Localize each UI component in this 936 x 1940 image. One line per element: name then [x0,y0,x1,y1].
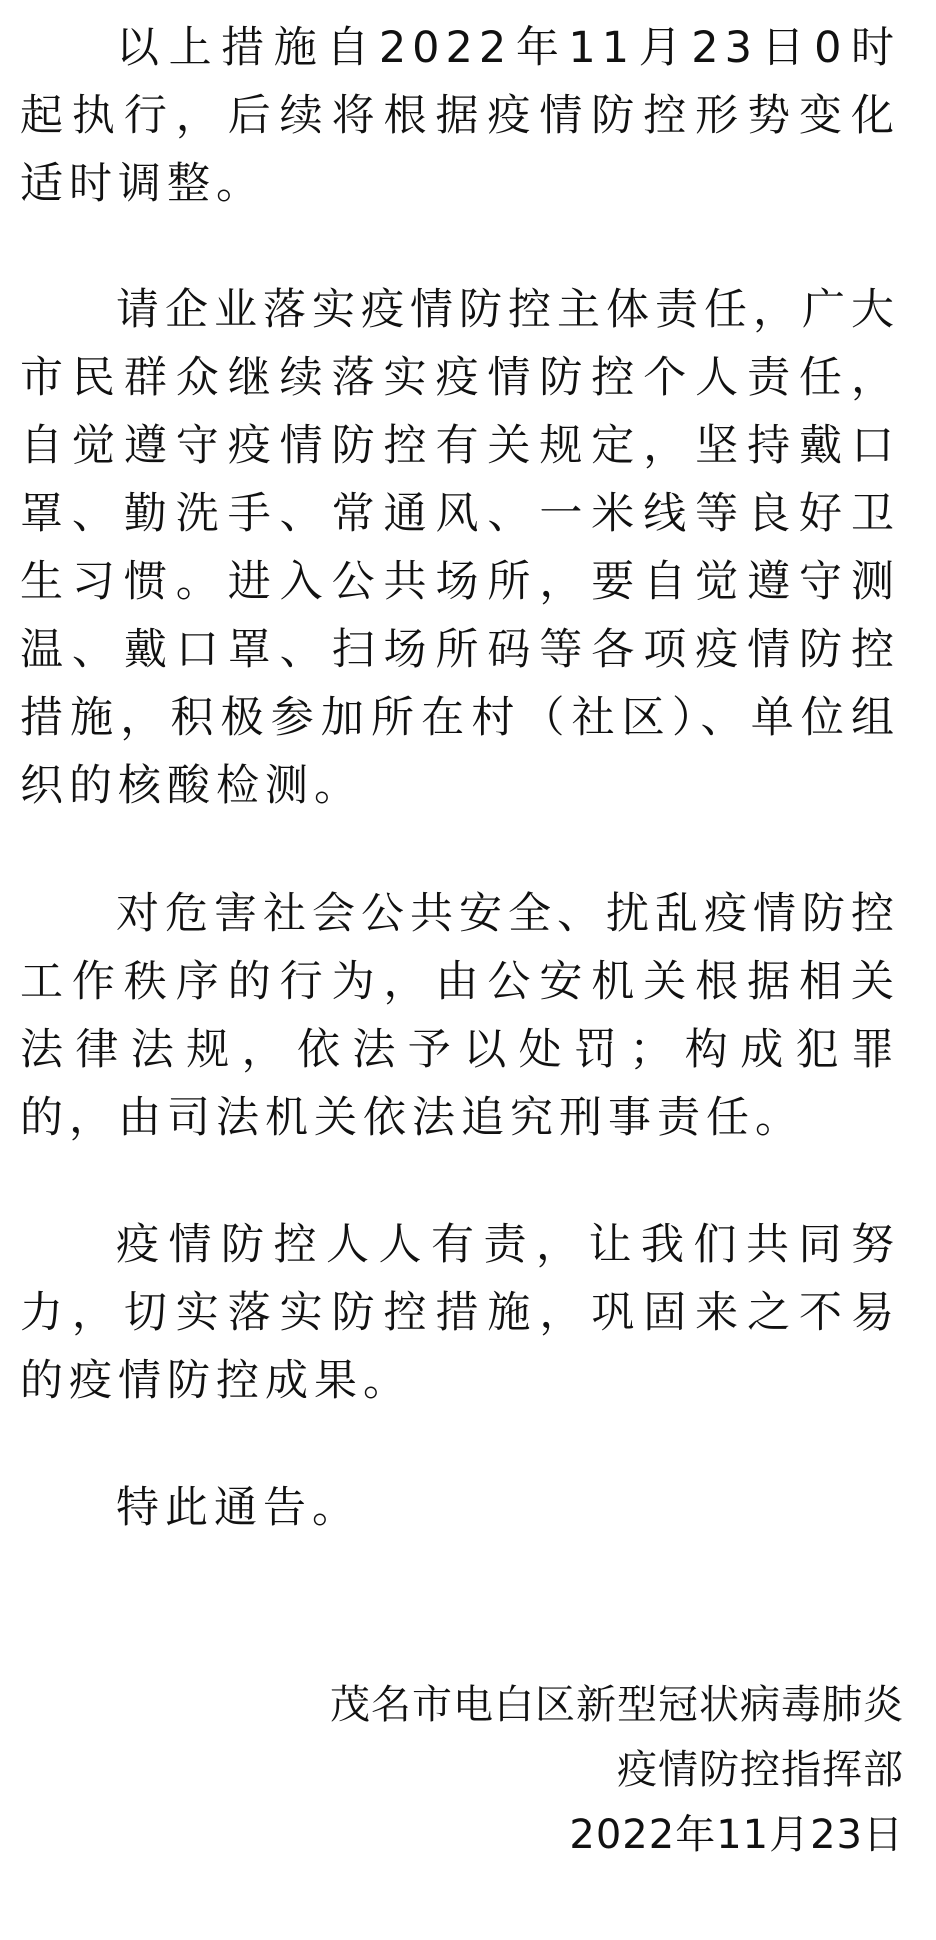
signature-organization-line2: 疫情防控指挥部 [617,1738,904,1802]
paragraph-closing: 特此通告。 [20,1474,900,1542]
signature-date: 2022年11月23日 [569,1803,904,1867]
signature-organization-line1: 茂名市电白区新型冠状病毒肺炎 [330,1673,904,1737]
paragraph-appeal: 疫情防控人人有责，让我们共同努力，切实落实防控措施，巩固来之不易的疫情防控成果。 [20,1211,900,1415]
paragraph-penalties: 对危害社会公共安全、扰乱疫情防控工作秩序的行为，由公安机关根据相关法律法规，依法… [20,880,900,1152]
paragraph-effective-date: 以上措施自2022年11月23日0时起执行，后续将根据疫情防控形势变化适时调整。 [20,14,900,218]
paragraph-responsibilities: 请企业落实疫情防控主体责任，广大市民群众继续落实疫情防控个人责任，自觉遵守疫情防… [20,276,900,820]
